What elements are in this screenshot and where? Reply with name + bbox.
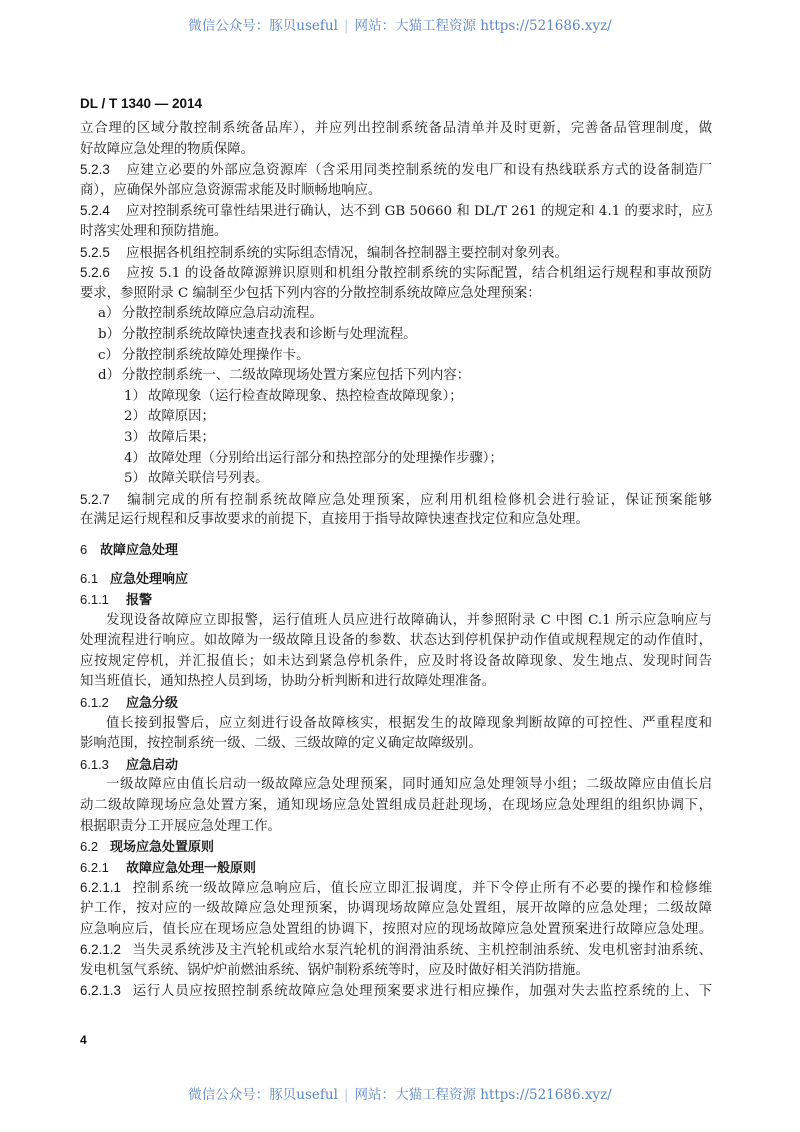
section-6-1-heading: 6.1应急处理响应	[80, 569, 712, 590]
section-6-2-1-heading: 6.2.1故障应急处理一般原则	[80, 858, 712, 879]
watermark-wechat: 微信公众号：豚贝useful	[188, 1087, 338, 1103]
clause-text: 当失灵系统涉及主汽轮机或给水泵汽轮机的润滑油系统、主机控制油系统、发电机密封油系…	[132, 943, 712, 958]
list-label: 4）	[124, 449, 148, 470]
clause-text: 应按 5.1 的设备故障源辨识原则和机组分散控制系统的实际配置，结合机组运行规程…	[126, 266, 712, 281]
watermark-separator: |	[344, 18, 349, 34]
chapter-6-heading: 6故障应急处理	[80, 540, 712, 561]
list-text: 分散控制系统故障处理操作卡。	[122, 348, 309, 363]
list-text: 故障关联信号列表。	[148, 471, 269, 486]
clause-number: 6.2.1.2	[80, 940, 132, 961]
list-item-c: c）分散控制系统故障处理操作卡。	[80, 346, 712, 367]
clause-text: 控制系统一级故障应急响应后，值长应立即汇报调度，并下令停止所有不必要的操作和检修…	[132, 881, 712, 896]
sublist-item-4: 4）故障处理（分别给出运行部分和热控部分的处理操作步骤）；	[80, 449, 712, 470]
list-text: 故障处理（分别给出运行部分和热控部分的处理操作步骤）；	[148, 451, 503, 466]
page-number: 4	[80, 1033, 87, 1047]
clause-number: 5.2.3	[80, 160, 126, 181]
paragraph-line: 根据职责分工开展应急处理工作。	[80, 817, 712, 838]
list-label: b）	[98, 325, 122, 346]
list-label: a）	[98, 304, 122, 325]
watermark-top: 微信公众号：豚贝useful|网站：大猫工程资源 https://521686.…	[0, 14, 800, 34]
clause-5-2-7: 5.2.7编制完成的所有控制系统故障应急处理预案，应利用机组检修机会进行验证，保…	[80, 490, 712, 511]
document-body: 立合理的区域分散控制系统备品库），并应列出控制系统备品清单并及时更新，完善备品管…	[80, 119, 712, 1002]
paragraph-line: 值长接到报警后，应立刻进行设备故障核实，根据发生的故障现象判断故障的可控性、严重…	[80, 714, 712, 735]
paragraph-line: 要求，参照附录 C 编制至少包括下列内容的分散控制系统故障应急处理预案：	[80, 284, 712, 305]
heading-number: 6.1.3	[80, 755, 126, 776]
clause-5-2-4: 5.2.4应对控制系统可靠性结果进行确认，达不到 GB 50660 和 DL/T…	[80, 201, 712, 222]
paragraph-line: 应按规定停机，并汇报值长；如未达到紧急停机条件，应及时将设备故障现象、发生地点、…	[80, 652, 712, 673]
clause-number: 5.2.6	[80, 263, 126, 284]
clause-5-2-5: 5.2.5应根据各机组控制系统的实际组态情况，编制各控制器主要控制对象列表。	[80, 243, 712, 264]
heading-number: 6.1	[80, 569, 110, 590]
section-6-1-3-heading: 6.1.3应急启动	[80, 755, 712, 776]
heading-title: 现场应急处置原则	[110, 840, 214, 855]
watermark-site: 网站：大猫工程资源 https://521686.xyz/	[354, 18, 611, 34]
paragraph-line: 立合理的区域分散控制系统备品库），并应列出控制系统备品清单并及时更新，完善备品管…	[80, 119, 712, 140]
list-text: 分散控制系统故障应急启动流程。	[122, 306, 323, 321]
heading-title: 故障应急处理一般原则	[126, 861, 256, 876]
watermark-bottom: 微信公众号：豚贝useful|网站：大猫工程资源 https://521686.…	[0, 1083, 800, 1103]
list-text: 故障原因；	[148, 409, 215, 424]
watermark-wechat: 微信公众号：豚贝useful	[188, 18, 338, 34]
sublist-item-3: 3）故障后果；	[80, 428, 712, 449]
clause-5-2-6: 5.2.6应按 5.1 的设备故障源辨识原则和机组分散控制系统的实际配置，结合机…	[80, 263, 712, 284]
clause-6-2-1-2: 6.2.1.2当失灵系统涉及主汽轮机或给水泵汽轮机的润滑油系统、主机控制油系统、…	[80, 940, 712, 961]
heading-title: 应急启动	[126, 758, 178, 773]
paragraph-line: 处理流程进行响应。如故障为一级故障且设备的参数、状态达到停机保护动作值或规程规定…	[80, 631, 712, 652]
paragraph-line: 动二级故障现场应急处置方案，通知现场应急处置组成员赶赴现场，在现场应急处理组的组…	[80, 796, 712, 817]
heading-title: 应急分级	[126, 696, 178, 711]
section-6-2-heading: 6.2现场应急处置原则	[80, 837, 712, 858]
paragraph-line: 发电机氢气系统、锅炉炉前燃油系统、锅炉制粉系统等时，应及时做好相关消防措施。	[80, 961, 712, 982]
list-text: 故障现象（运行检查故障现象、热控检查故障现象）；	[148, 389, 463, 404]
clause-number: 5.2.5	[80, 243, 126, 264]
clause-number: 5.2.7	[80, 490, 126, 511]
sublist-item-2: 2）故障原因；	[80, 407, 712, 428]
clause-text: 应根据各机组控制系统的实际组态情况，编制各控制器主要控制对象列表。	[126, 246, 568, 261]
paragraph-line: 商），应确保外部应急资源需求能及时顺畅地响应。	[80, 181, 712, 202]
heading-number: 6.1.2	[80, 693, 126, 714]
section-6-1-1-heading: 6.1.1报警	[80, 590, 712, 611]
heading-number: 6.2	[80, 837, 110, 858]
heading-number: 6.1.1	[80, 590, 126, 611]
paragraph-line: 发现设备故障应立即报警，运行值班人员应进行故障确认，并参照附录 C 中图 C.1…	[80, 611, 712, 632]
clause-text: 应建立必要的外部应急资源库（含采用同类控制系统的发电厂和设有热线联系方式的设备制…	[126, 163, 712, 178]
heading-number: 6	[80, 540, 100, 561]
clause-6-2-1-1: 6.2.1.1控制系统一级故障应急响应后，值长应立即汇报调度，并下令停止所有不必…	[80, 878, 712, 899]
watermark-separator: |	[344, 1087, 349, 1103]
paragraph-line: 应急响应后，值长应在现场应急处置组的协调下，按照对应的现场故障应急处置预案进行故…	[80, 920, 712, 941]
paragraph-line: 影响范围，按控制系统一级、二级、三级故障的定义确定故障级别。	[80, 734, 712, 755]
clause-text: 编制完成的所有控制系统故障应急处理预案，应利用机组检修机会进行验证，保证预案能够	[126, 493, 712, 508]
heading-title: 报警	[126, 593, 152, 608]
section-6-1-2-heading: 6.1.2应急分级	[80, 693, 712, 714]
list-text: 分散控制系统故障快速查找表和诊断与处理流程。	[122, 327, 417, 342]
paragraph-line: 知当班值长，通知热控人员到场，协助分析判断和进行故障处理准备。	[80, 672, 712, 693]
heading-number: 6.2.1	[80, 858, 126, 879]
paragraph-line: 好故障应急处理的物质保障。	[80, 140, 712, 161]
standard-code-header: DL / T 1340 — 2014	[80, 96, 202, 111]
heading-title: 应急处理响应	[110, 572, 188, 587]
clause-text: 运行人员应按照控制系统故障应急处理预案要求进行相应操作，加强对失去监控系统的上、…	[132, 984, 712, 999]
list-label: d）	[98, 366, 122, 387]
sublist-item-1: 1）故障现象（运行检查故障现象、热控检查故障现象）；	[80, 387, 712, 408]
list-label: 5）	[124, 469, 148, 490]
paragraph-line: 护工作，按对应的一级故障应急处理预案，协调现场故障应急处置组，展开故障的应急处理…	[80, 899, 712, 920]
watermark-site: 网站：大猫工程资源 https://521686.xyz/	[354, 1087, 611, 1103]
paragraph-line: 时落实处理和预防措施。	[80, 222, 712, 243]
list-text: 分散控制系统一、二级故障现场处置方案应包括下列内容：	[122, 368, 470, 383]
paragraph-line: 一级故障应由值长启动一级故障应急处理预案，同时通知应急处理领导小组；二级故障应由…	[80, 775, 712, 796]
heading-title: 故障应急处理	[100, 543, 178, 558]
list-item-d: d）分散控制系统一、二级故障现场处置方案应包括下列内容：	[80, 366, 712, 387]
list-label: 2）	[124, 407, 148, 428]
clause-6-2-1-3: 6.2.1.3运行人员应按照控制系统故障应急处理预案要求进行相应操作，加强对失去…	[80, 981, 712, 1002]
list-text: 故障后果；	[148, 430, 215, 445]
clause-number: 5.2.4	[80, 201, 126, 222]
list-label: 3）	[124, 428, 148, 449]
list-item-b: b）分散控制系统故障快速查找表和诊断与处理流程。	[80, 325, 712, 346]
clause-number: 6.2.1.3	[80, 981, 132, 1002]
clause-number: 6.2.1.1	[80, 878, 132, 899]
sublist-item-5: 5）故障关联信号列表。	[80, 469, 712, 490]
paragraph-line: 在满足运行规程和反事故要求的前提下，直接用于指导故障快速查找定位和应急处理。	[80, 510, 712, 531]
clause-5-2-3: 5.2.3应建立必要的外部应急资源库（含采用同类控制系统的发电厂和设有热线联系方…	[80, 160, 712, 181]
list-item-a: a）分散控制系统故障应急启动流程。	[80, 304, 712, 325]
clause-text: 应对控制系统可靠性结果进行确认，达不到 GB 50660 和 DL/T 261 …	[126, 204, 712, 219]
list-label: c）	[98, 346, 122, 367]
list-label: 1）	[124, 387, 148, 408]
